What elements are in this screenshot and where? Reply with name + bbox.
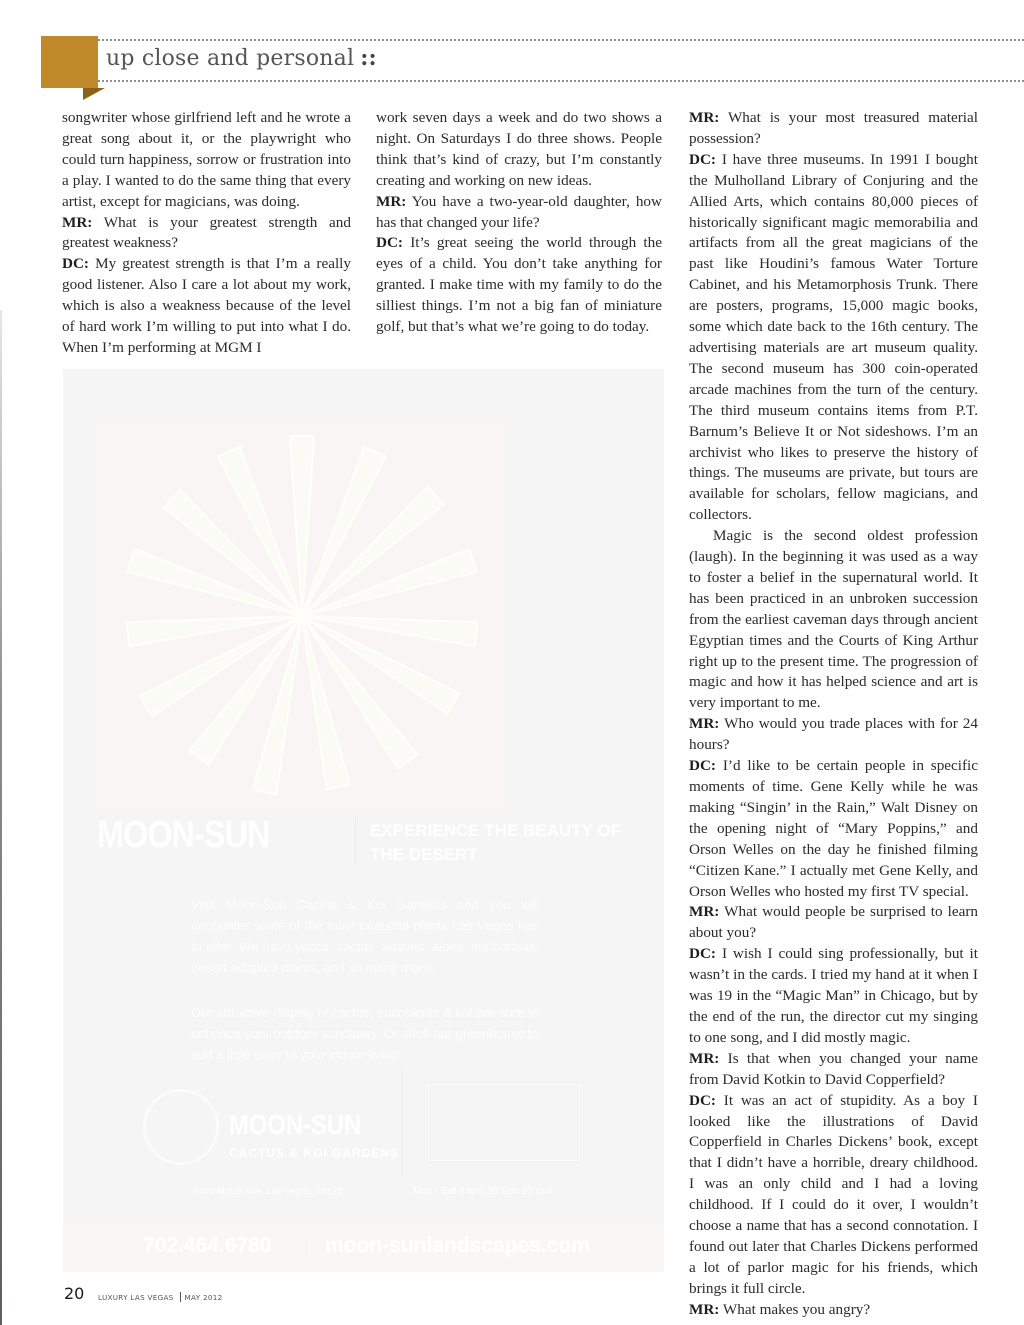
article-column-2: work seven days a week and do two shows … xyxy=(376,108,662,338)
page-edge-shadow xyxy=(0,310,2,1325)
speaker-label: DC: xyxy=(689,945,716,962)
ad-phone[interactable]: 702.464.6780 xyxy=(143,1234,271,1258)
paragraph-text: It was an act of stupidity. As a boy I l… xyxy=(689,1092,978,1297)
paragraph-text: What is your most treasured material pos… xyxy=(689,109,978,147)
body-paragraph: songwriter whose girlfriend left and he … xyxy=(62,108,351,213)
paragraph-text: What makes you angry? xyxy=(723,1301,870,1318)
article-column-1: songwriter whose girlfriend left and he … xyxy=(62,108,351,359)
article-column-3: MR: What is your most treasured material… xyxy=(689,108,978,1321)
ad-logo-subtitle: CACTUS & KOI GARDENS xyxy=(229,1146,399,1160)
footer-divider xyxy=(180,1292,181,1302)
speaker-label: DC: xyxy=(62,255,89,272)
ad-hours: Mon - Sat 8 to 5:30 Sun 10 to 4 xyxy=(413,1186,613,1197)
paragraph-text: I have three museums. In 1991 I bought t… xyxy=(689,151,978,523)
ad-website-link[interactable]: moon-sunlandscapes.com xyxy=(325,1234,590,1258)
advertisement: MOON-SUN EXPERIENCE THE BEAUTY OF THE DE… xyxy=(63,369,664,1272)
section-separator: :: xyxy=(360,45,377,71)
paragraph-text: Who would you trade places with for 24 h… xyxy=(689,715,978,753)
publication-line: LUXURY LAS VEGASMAY 2012 xyxy=(98,1292,222,1302)
interview-paragraph: MR: What makes you angry? xyxy=(689,1300,978,1321)
paragraph-text: It’s great seeing the world through the … xyxy=(376,234,662,335)
interview-paragraph: DC: I wish I could sing professionally, … xyxy=(689,944,978,1049)
agave-plant-image xyxy=(96,421,508,811)
speaker-label: DC: xyxy=(689,1092,716,1109)
interview-paragraph: DC: It’s great seeing the world through … xyxy=(376,233,662,338)
ad-body: Visit Moon-Sun Cactus & Koi Gardens and … xyxy=(191,894,539,1089)
publication-name: LUXURY LAS VEGAS xyxy=(98,1293,174,1302)
issue-date: MAY 2012 xyxy=(185,1293,223,1302)
ad-brand-name: MOON-SUN xyxy=(97,814,270,857)
interview-paragraph: MR: What is your most treasured material… xyxy=(689,108,978,150)
speaker-label: DC: xyxy=(689,757,716,774)
speaker-label: DC: xyxy=(376,234,403,251)
section-title-text: up close and personal xyxy=(106,46,354,71)
ad-body-paragraph: Our attractive display of cactus, succul… xyxy=(191,1002,539,1065)
interview-paragraph: DC: I’d like to be certain people in spe… xyxy=(689,756,978,902)
paragraph-text: What is your greatest strength and great… xyxy=(62,214,351,252)
section-tab-marker xyxy=(41,36,98,88)
speaker-label: MR: xyxy=(689,715,719,732)
koi-logo-icon xyxy=(143,1089,219,1165)
ad-contact-bar: 702.464.6780 moon-sunlandscapes.com xyxy=(63,1224,664,1272)
paragraph-text: Magic is the second oldest profession (l… xyxy=(689,527,978,711)
paragraph-text: What would people be surprised to learn … xyxy=(689,903,978,941)
interview-paragraph: MR: You have a two-year-old daughter, ho… xyxy=(376,192,662,234)
ad-address: 6400 McGill Ave. Las Vegas, 89122 xyxy=(193,1186,393,1197)
paragraph-text: songwriter whose girlfriend left and he … xyxy=(62,109,351,210)
header-dotted-rule-bottom xyxy=(98,80,1024,82)
paragraph-text: Is that when you changed your name from … xyxy=(689,1050,978,1088)
paragraph-text: My greatest strength is that I’m a reall… xyxy=(62,255,351,356)
speaker-label: MR: xyxy=(689,1301,719,1318)
speaker-label: MR: xyxy=(689,109,719,126)
ad-divider xyxy=(355,817,356,865)
interview-paragraph: MR: What is your greatest strength and g… xyxy=(62,213,351,255)
ad-logo-name: MOON-SUN xyxy=(229,1109,361,1141)
ad-tagline: EXPERIENCE THE BEAUTY OF THE DESERT xyxy=(370,819,630,867)
speaker-label: MR: xyxy=(62,214,92,231)
ad-body-paragraph: Visit Moon-Sun Cactus & Koi Gardens and … xyxy=(191,894,539,978)
paragraph-text: I wish I could sing professionally, but … xyxy=(689,945,978,1046)
speaker-label: MR: xyxy=(689,1050,719,1067)
page-number: 20 xyxy=(64,1284,84,1303)
paragraph-text: You have a two-year-old daughter, how ha… xyxy=(376,193,662,231)
paragraph-text: I’d like to be certain people in specifi… xyxy=(689,757,978,899)
section-tab-fold xyxy=(83,88,105,100)
ad-divider xyxy=(402,1069,403,1177)
paragraph-text: work seven days a week and do two shows … xyxy=(376,109,662,189)
interview-paragraph: DC: My greatest strength is that I’m a r… xyxy=(62,254,351,359)
interview-paragraph: MR: What would people be surprised to le… xyxy=(689,902,978,944)
body-paragraph: work seven days a week and do two shows … xyxy=(376,108,662,192)
interview-paragraph: DC: I have three museums. In 1991 I boug… xyxy=(689,150,978,526)
speaker-label: MR: xyxy=(376,193,406,210)
speaker-label: MR: xyxy=(689,903,719,920)
header-dotted-rule-top xyxy=(98,39,1024,41)
interview-paragraph: DC: It was an act of stupidity. As a boy… xyxy=(689,1091,978,1300)
interview-paragraph: MR: Who would you trade places with for … xyxy=(689,714,978,756)
body-paragraph: Magic is the second oldest profession (l… xyxy=(689,526,978,714)
interview-paragraph: MR: Is that when you changed your name f… xyxy=(689,1049,978,1091)
location-map-icon xyxy=(428,1084,580,1161)
speaker-label: DC: xyxy=(689,151,716,168)
section-title: up close and personal:: xyxy=(106,45,377,71)
ad-divider xyxy=(306,1236,307,1260)
